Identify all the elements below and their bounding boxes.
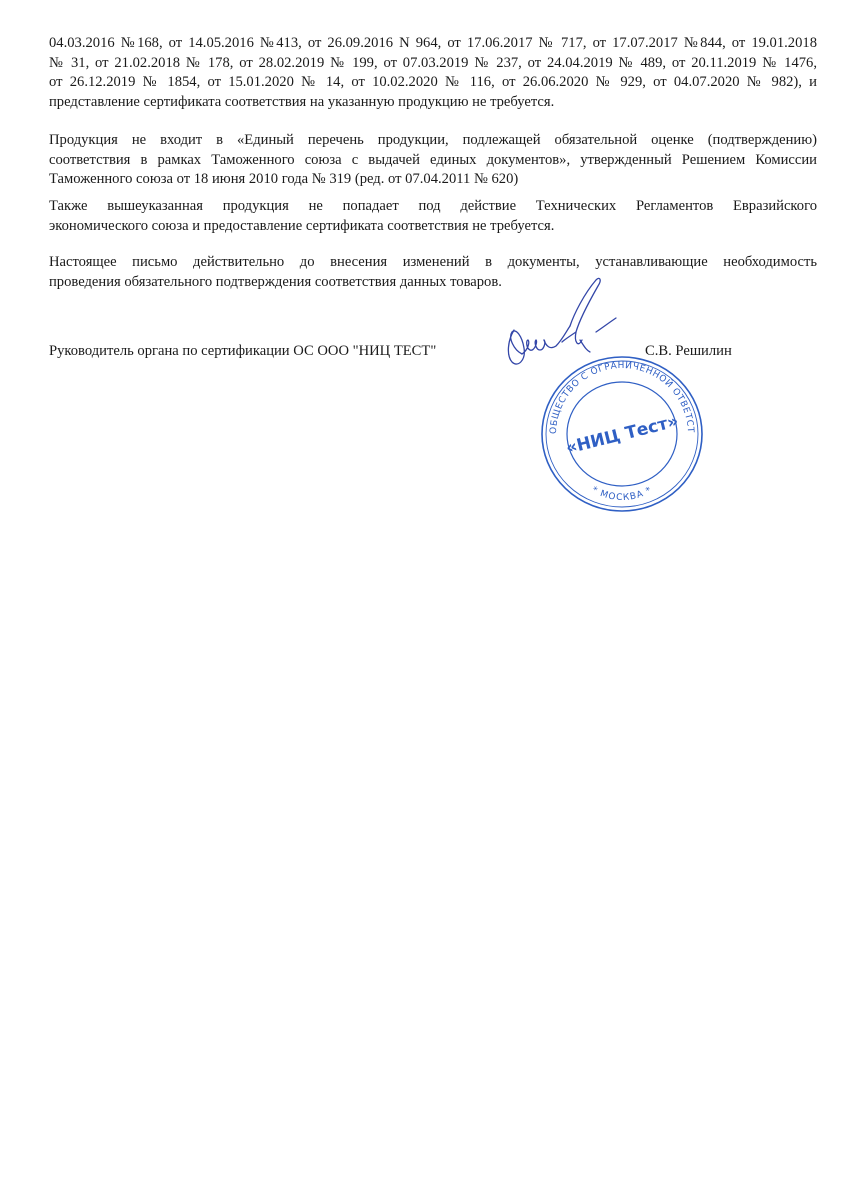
company-seal-icon: ОБЩЕСТВО С ОГРАНИЧЕННОЙ ОТВЕТСТВЕННОСТЬЮ…: [536, 352, 708, 516]
stamp-bottom-text: * МОСКВА *: [590, 485, 654, 503]
text-line: от 26.12.2019 № 1854, от 15.01.2020 № 14…: [49, 73, 817, 93]
stamp-center-text: «НИЦ Тест»: [564, 411, 681, 458]
paragraph-decrees-list: 04.03.2016 №168, от 14.05.2016 №413, от …: [49, 34, 817, 112]
text-line: Таможенного союза от 18 июня 2010 года №…: [49, 170, 817, 190]
text-line: Также вышеуказанная продукция не попадае…: [49, 197, 817, 217]
text-line: проведения обязательного подтверждения с…: [49, 273, 817, 293]
text-line: соответствия в рамках Таможенного союза …: [49, 151, 817, 171]
document-page: 04.03.2016 №168, от 14.05.2016 №413, от …: [0, 0, 849, 1200]
paragraph-customs-union-list: Продукция не входит в «Единый перечень п…: [49, 131, 817, 190]
text-line: № 31, от 21.02.2018 № 178, от 28.02.2019…: [49, 54, 817, 74]
text-line: экономического союза и предоставление се…: [49, 217, 817, 237]
signer-position: Руководитель органа по сертификации ОС О…: [49, 342, 436, 361]
paragraph-technical-regulations: Также вышеуказанная продукция не попадае…: [49, 197, 817, 236]
text-line: представление сертификата соответствия н…: [49, 93, 817, 113]
text-line: Настоящее письмо действительно до внесен…: [49, 253, 817, 273]
text-line: Продукция не входит в «Единый перечень п…: [49, 131, 817, 151]
svg-text:* МОСКВА *: * МОСКВА *: [590, 485, 654, 503]
text-line: 04.03.2016 №168, от 14.05.2016 №413, от …: [49, 34, 817, 54]
paragraph-validity: Настоящее письмо действительно до внесен…: [49, 253, 817, 292]
